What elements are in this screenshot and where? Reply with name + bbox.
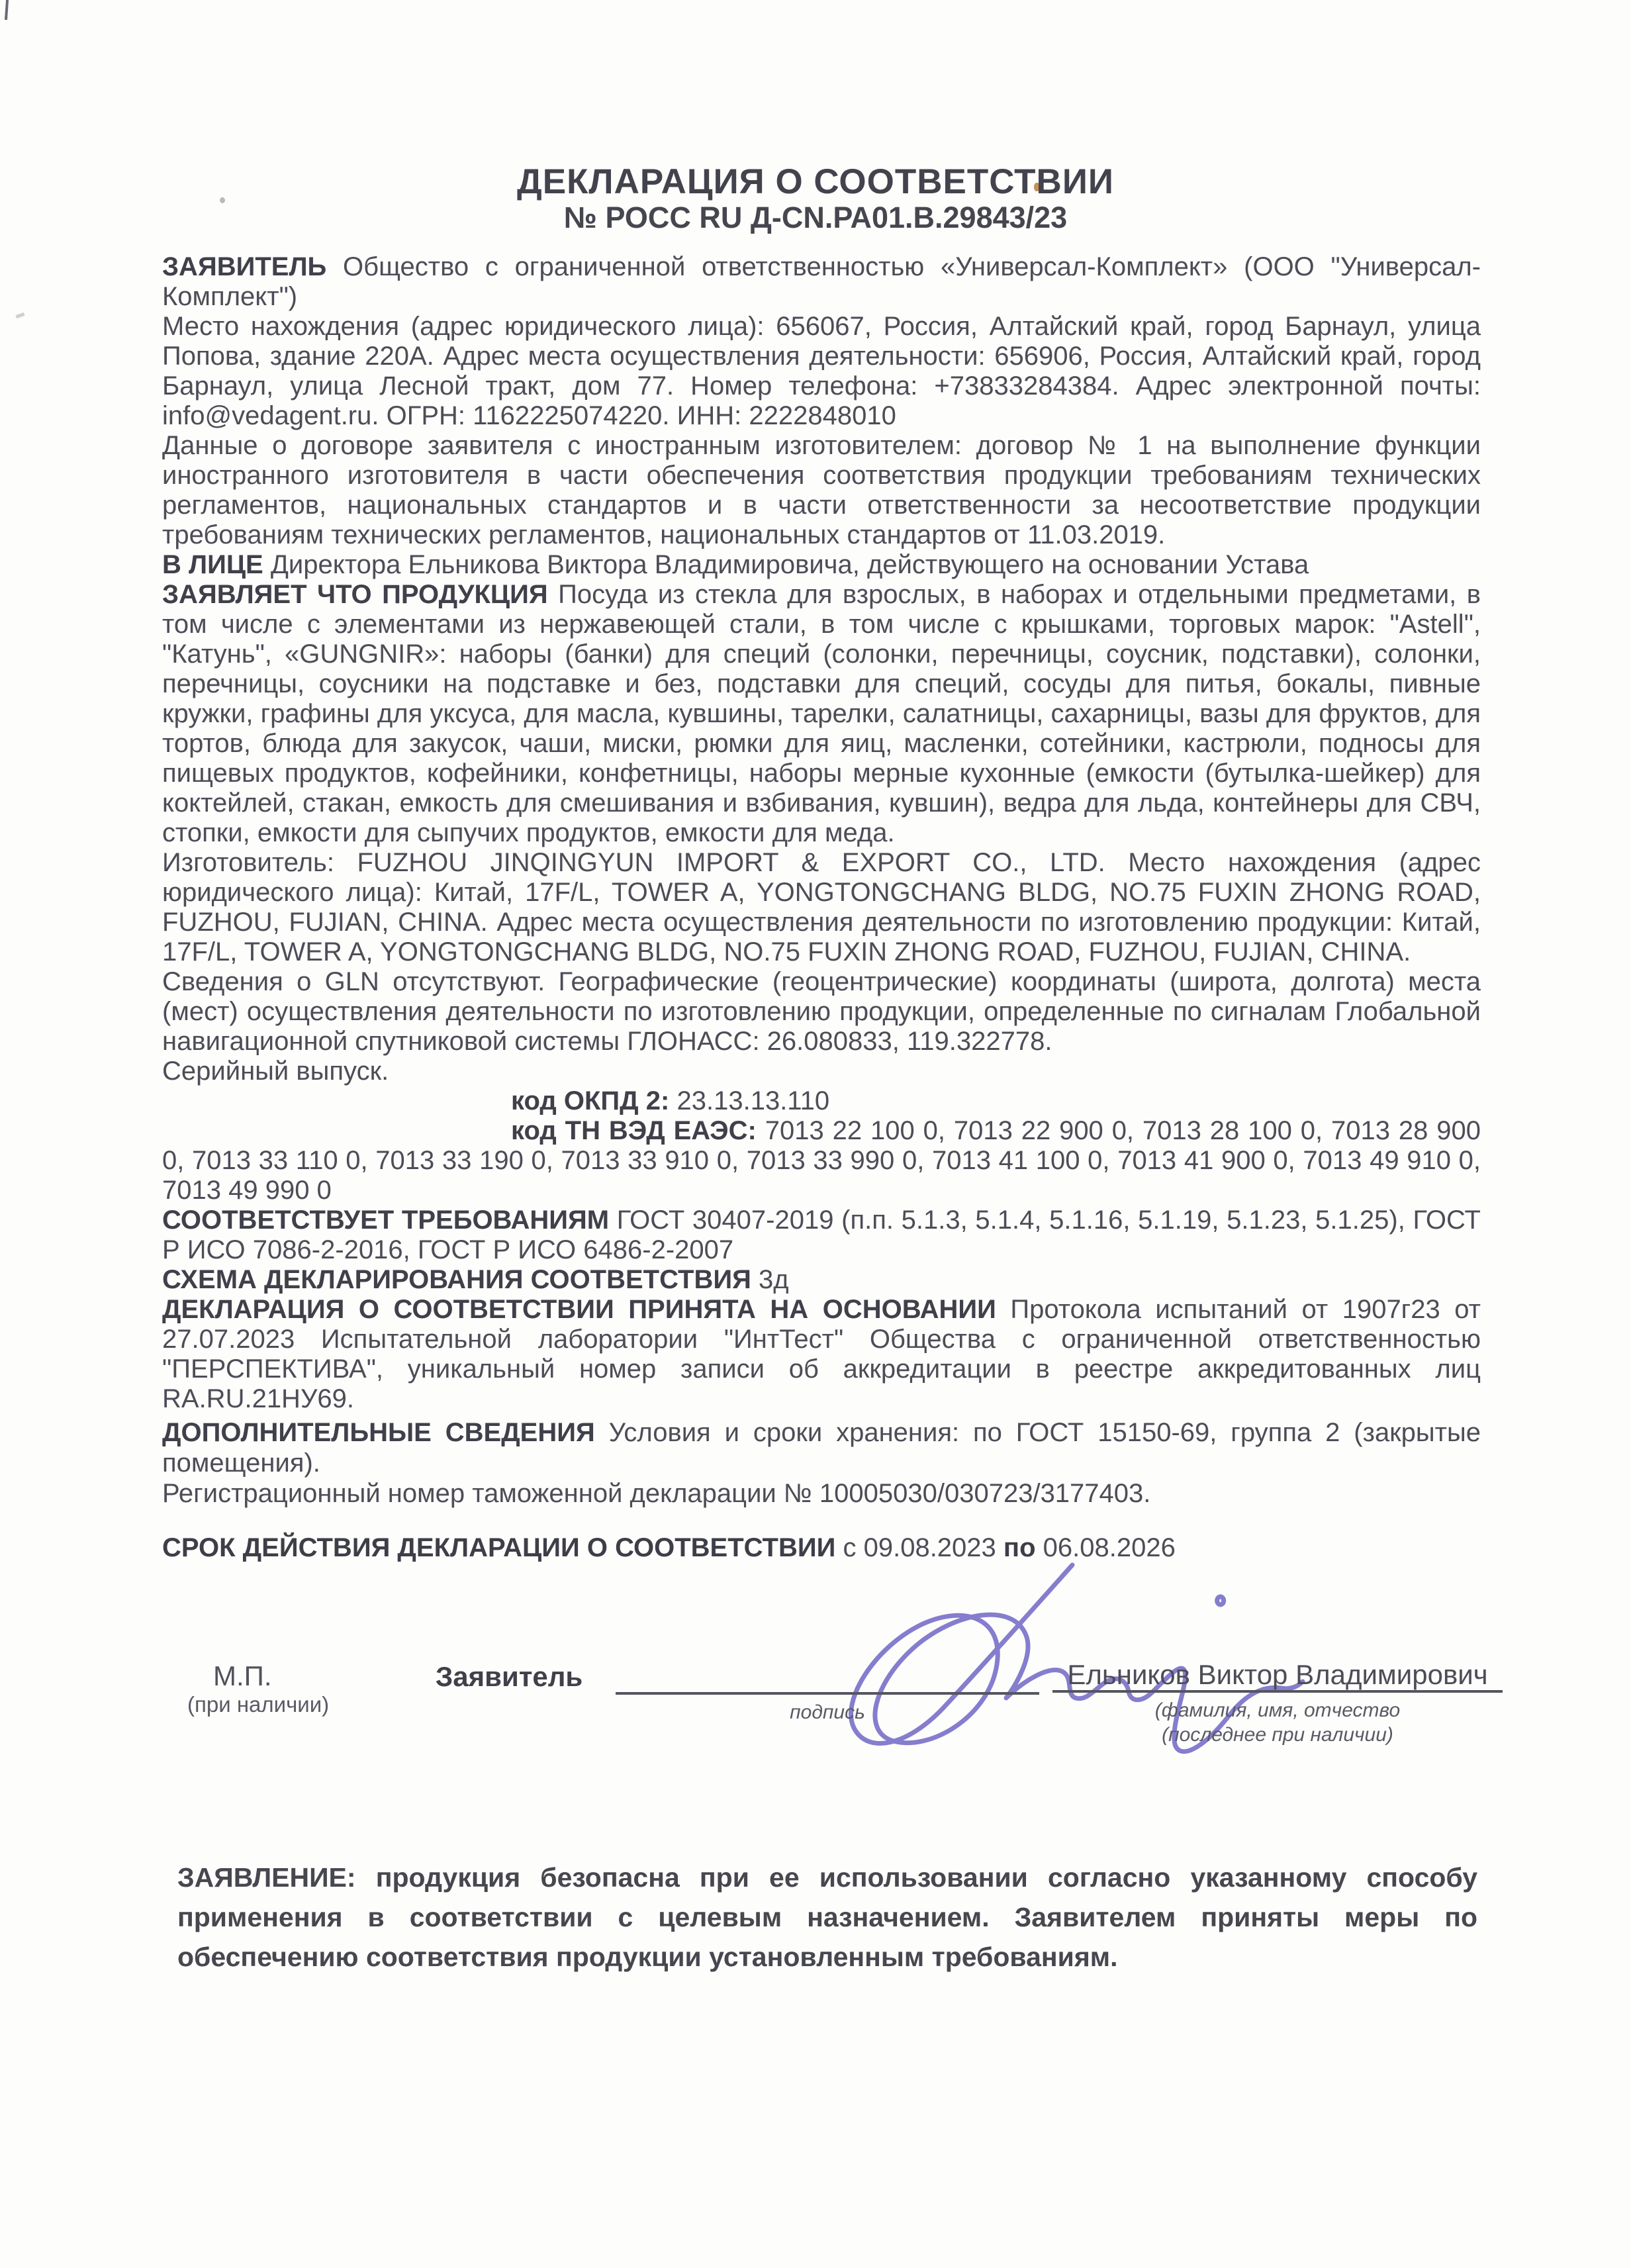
applicant-role-label: Заявитель (436, 1661, 582, 1693)
stamp-note: (при наличии) (187, 1692, 329, 1717)
gln-paragraph: Сведения о GLN отсутствуют. Географическ… (162, 967, 1481, 1057)
statement-label: ЗАЯВЛЕНИЕ: (177, 1862, 356, 1893)
applicant-label: ЗАЯВИТЕЛЬ (162, 252, 326, 281)
name-line (1052, 1690, 1503, 1693)
signer-name: Ельников Виктор Владимирович (1052, 1659, 1503, 1691)
document-title: ДЕКЛАРАЦИЯ О СООТВЕТСТВИИ (0, 162, 1631, 202)
basis-label: ДЕКЛАРАЦИЯ О СООТВЕТСТВИИ ПРИНЯТА НА ОСН… (162, 1295, 996, 1324)
name-caption-1: (фамилия, имя, отчество (1052, 1699, 1503, 1722)
document-number: № РОСС RU Д-CN.РА01.В.29843/23 (0, 201, 1631, 235)
additional-info: ДОПОЛНИТЕЛЬНЫЕ СВЕДЕНИЯ Условия и сроки … (162, 1417, 1481, 1509)
product-label: ЗАЯВЛЯЕТ ЧТО ПРОДУКЦИЯ (162, 580, 548, 609)
contract-paragraph: Данные о договоре заявителя с иностранны… (162, 431, 1481, 550)
customs-line: Регистрационный номер таможенной деклара… (162, 1478, 1481, 1509)
applicant-paragraph: ЗАЯВИТЕЛЬ Общество с ограниченной ответс… (162, 252, 1481, 312)
scan-artifact (16, 312, 25, 318)
additional-label: ДОПОЛНИТЕЛЬНЫЕ СВЕДЕНИЯ (162, 1418, 595, 1447)
manufacturer-paragraph: Изготовитель: FUZHOU JINQINGYUN IMPORT &… (162, 848, 1481, 967)
declaration-document: ДЕКЛАРАЦИЯ О СООТВЕТСТВИИ № РОСС RU Д-CN… (0, 0, 1631, 2268)
conforms-label: СООТВЕТСТВУЕТ ТРЕБОВАНИЯМ (162, 1205, 609, 1235)
applicant-text: Общество с ограниченной ответственностью… (162, 252, 1481, 311)
okpd-line: код ОКПД 2: 23.13.13.110 (162, 1086, 1481, 1116)
basis-paragraph: ДЕКЛАРАЦИЯ О СООТВЕТСТВИИ ПРИНЯТА НА ОСН… (162, 1295, 1481, 1414)
signature-caption: подпись (616, 1701, 1039, 1724)
signature-line (616, 1692, 1039, 1695)
additional-paragraph: ДОПОЛНИТЕЛЬНЫЕ СВЕДЕНИЯ Условия и сроки … (162, 1417, 1481, 1478)
in-person-paragraph: В ЛИЦЕ Директора Ельникова Виктора Влади… (162, 550, 1481, 580)
conforms-paragraph: СООТВЕТСТВУЕТ ТРЕБОВАНИЯМ ГОСТ 30407-201… (162, 1205, 1481, 1265)
validity-label: СРОК ДЕЙСТВИЯ ДЕКЛАРАЦИИ О СООТВЕТСТВИИ (162, 1533, 835, 1562)
location-paragraph: Место нахождения (адрес юридического лиц… (162, 312, 1481, 431)
in-person-label: В ЛИЦЕ (162, 550, 263, 579)
document-body: ЗАЯВИТЕЛЬ Общество с ограниченной ответс… (162, 252, 1481, 1414)
safety-statement: ЗАЯВЛЕНИЕ: продукция безопасна при ее ис… (177, 1858, 1477, 1977)
scheme-label: СХЕМА ДЕКЛАРИРОВАНИЯ СООТВЕТСТВИЯ (162, 1265, 751, 1294)
stamp-place-label: М.П. (213, 1660, 272, 1692)
okpd-label: код ОКПД 2: (511, 1086, 669, 1115)
tnved-line: код ТН ВЭД ЕАЭС: 7013 22 100 0, 7013 22 … (162, 1116, 1481, 1205)
name-caption-2: (последнее при наличии) (1052, 1724, 1503, 1746)
product-paragraph: ЗАЯВЛЯЕТ ЧТО ПРОДУКЦИЯ Посуда из стекла … (162, 580, 1481, 848)
scan-artifact (5, 0, 9, 20)
serial-paragraph: Серийный выпуск. (162, 1057, 1481, 1086)
tnved-label: код ТН ВЭД ЕАЭС: (511, 1116, 757, 1145)
scheme-line: СХЕМА ДЕКЛАРИРОВАНИЯ СООТВЕТСТВИЯ 3д (162, 1265, 1481, 1295)
